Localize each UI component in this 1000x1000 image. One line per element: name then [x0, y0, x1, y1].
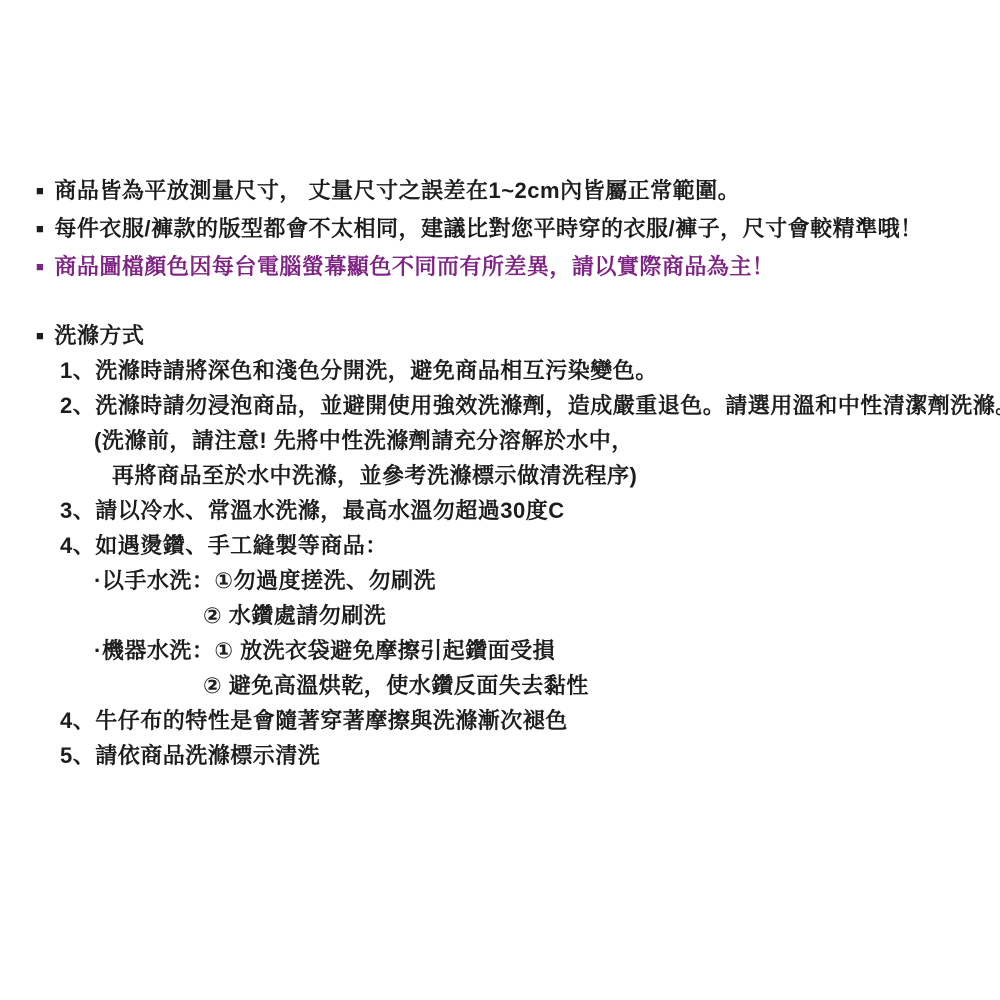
- wash-instruction-denim: 4、牛仔布的特性是會隨著穿著摩擦與洗滌漸次褪色: [36, 703, 980, 738]
- wash-instruction-4: 4、如遇燙鑽、手工縫製等商品：: [36, 528, 980, 563]
- wash-instruction-1: 1、洗滌時請將深色和淺色分開洗，避免商品相互污染變色。: [36, 353, 980, 388]
- section-title-text: 洗滌方式: [54, 323, 144, 348]
- hand-wash-line: ·以手水洗：①勿過度搓洗、勿刷洗: [36, 563, 980, 598]
- square-bullet-icon: ■: [36, 210, 44, 248]
- wash-instruction-3: 3、請以冷水、常溫水洗滌，最高水溫勿超過30度C: [36, 493, 980, 528]
- square-bullet-icon: ■: [36, 318, 44, 353]
- square-bullet-icon: ■: [36, 248, 44, 286]
- notice-text: 商品皆為平放測量尺寸， 丈量尺寸之誤差在1~2cm內皆屬正常範圍。: [54, 178, 740, 203]
- wash-instruction-5: 5、請依商品洗滌標示清洗: [36, 738, 980, 773]
- washing-section-title: ■洗滌方式: [36, 318, 980, 353]
- wash-instruction-2: 2、洗滌時請勿浸泡商品，並避開使用強效洗滌劑，造成嚴重退色。請選用溫和中性清潔劑…: [36, 388, 980, 423]
- notice-line-fit: ■每件衣服/褲款的版型都會不太相同，建議比對您平時穿的衣服/褲子，尺寸會較精準哦…: [36, 210, 980, 248]
- wash-instruction-2-note-line1: (洗滌前，請注意! 先將中性洗滌劑請充分溶解於水中，: [36, 423, 980, 458]
- hand-wash-sub-2: ② 水鑽處請勿刷洗: [36, 598, 980, 633]
- notice-line-color-disclaimer: ■商品圖檔顏色因每台電腦螢幕顯色不同而有所差異，請以實際商品為主！: [36, 248, 980, 286]
- machine-wash-sub-2: ② 避免高溫烘乾，使水鑽反面失去黏性: [36, 668, 980, 703]
- square-bullet-icon: ■: [36, 172, 44, 210]
- notice-text: 每件衣服/褲款的版型都會不太相同，建議比對您平時穿的衣服/褲子，尺寸會較精準哦！: [54, 216, 922, 241]
- machine-wash-line: ·機器水洗：① 放洗衣袋避免摩擦引起鑽面受損: [36, 633, 980, 668]
- product-care-notice-page: ■商品皆為平放測量尺寸， 丈量尺寸之誤差在1~2cm內皆屬正常範圍。 ■每件衣服…: [0, 0, 1000, 1000]
- wash-instruction-2-note-line2: 再將商品至於水中洗滌，並參考洗滌標示做清洗程序): [36, 458, 980, 493]
- notice-text: 商品圖檔顏色因每台電腦螢幕顯色不同而有所差異，請以實際商品為主！: [54, 254, 774, 279]
- notice-line-measurement: ■商品皆為平放測量尺寸， 丈量尺寸之誤差在1~2cm內皆屬正常範圍。: [36, 172, 980, 210]
